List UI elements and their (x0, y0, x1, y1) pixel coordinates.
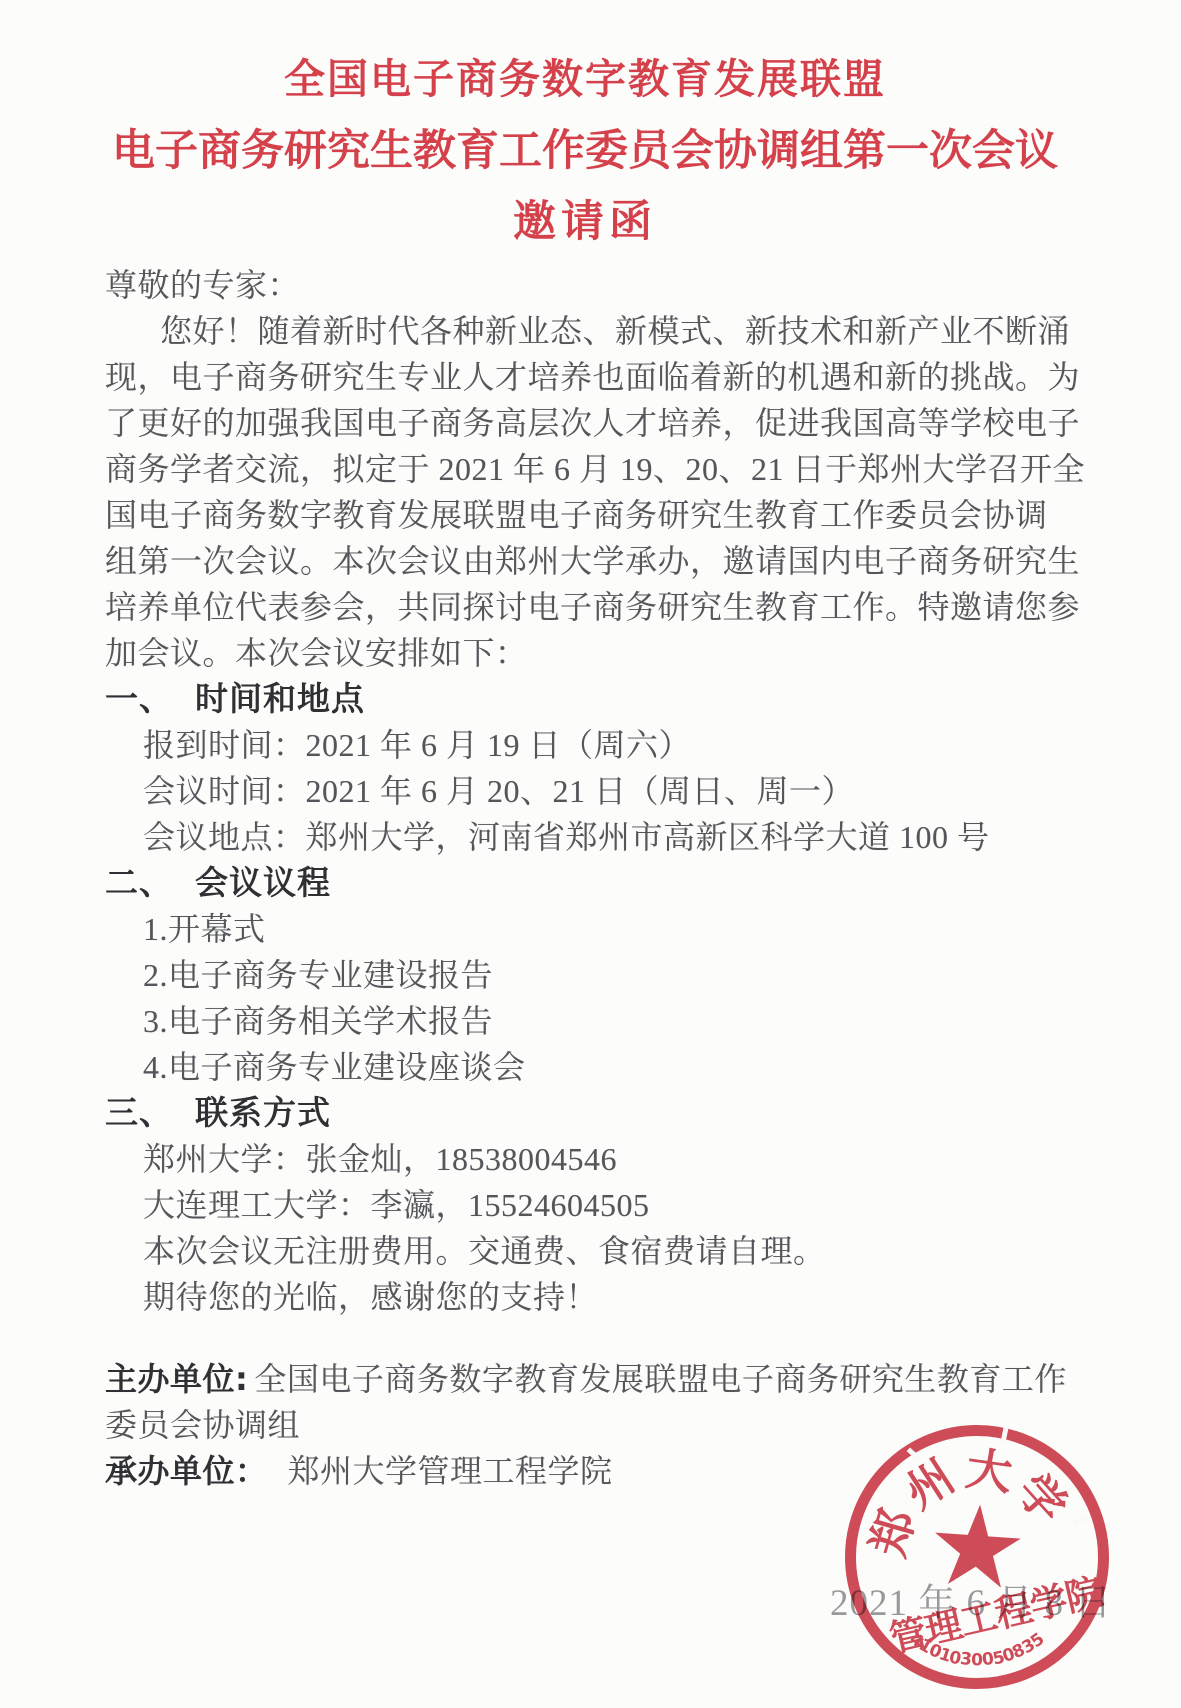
agenda-item-2: 2.电子商务专业建设报告 (105, 952, 1065, 998)
university-seal: ★ 郑州大学 管理工程学院 4101030050835 (845, 1425, 1109, 1689)
organizer-line-1: 主办单位:全国电子商务数字教育发展联盟电子商务研究生教育工作 (105, 1356, 1065, 1402)
section-title: 会议议程 (195, 863, 331, 902)
section-heading-agenda: 二、会议议程 (105, 860, 1065, 906)
intro-line-2: 现，电子商务研究生专业人才培养也面临着新的机遇和新的挑战。为 (105, 354, 1065, 400)
contact-item-fees: 本次会议无注册费用。交通费、食宿费请自理。 (105, 1228, 1065, 1274)
section-number: 二、 (105, 863, 173, 902)
intro-line-4: 商务学者交流，拟定于 2021 年 6 月 19、20、21 日于郑州大学召开全 (105, 446, 1065, 492)
title-line-1: 全国电子商务数字教育发展联盟 (105, 55, 1065, 103)
intro-line-6: 组第一次会议。本次会议由郑州大学承办，邀请国内电子商务研究生 (105, 538, 1065, 584)
section-heading-contact: 三、联系方式 (105, 1090, 1065, 1136)
section-title: 时间和地点 (195, 679, 365, 718)
contact-item-closing: 期待您的光临，感谢您的支持！ (105, 1274, 1065, 1320)
intro-line-5: 国电子商务数字教育发展联盟电子商务研究生教育工作委员会协调 (105, 492, 1065, 538)
intro-line-8: 加会议。本次会议安排如下： (105, 630, 1065, 676)
section-item-meeting-time: 会议时间：2021 年 6 月 20、21 日（周日、周一） (105, 768, 1065, 814)
section-number: 一、 (105, 679, 173, 718)
agenda-item-1: 1.开幕式 (105, 906, 1065, 952)
seal-arc-char: 大 (963, 1446, 1015, 1498)
title-line-3: 邀请函 (105, 198, 1065, 246)
section-title: 联系方式 (195, 1093, 331, 1132)
intro-line-3: 了更好的加强我国电子商务高层次人才培养，促进我国高等学校电子 (105, 400, 1065, 446)
scanned-invitation-letter: 全国电子商务数字教育发展联盟 电子商务研究生教育工作委员会协调组第一次会议 邀请… (0, 0, 1181, 1708)
undertaker-label: 承办单位： (105, 1452, 268, 1490)
intro-line-7: 培养单位代表参会，共同探讨电子商务研究生教育工作。特邀请您参 (105, 584, 1065, 630)
agenda-item-4: 4.电子商务专业建设座谈会 (105, 1044, 1065, 1090)
contact-item-dlut: 大连理工大学：李瀛，15524604505 (105, 1182, 1065, 1228)
agenda-item-3: 3.电子商务相关学术报告 (105, 998, 1065, 1044)
undertaker-text: 郑州大学管理工程学院 (288, 1453, 613, 1489)
section-item-meeting-place: 会议地点：郑州大学，河南省郑州市高新区科学大道 100 号 (105, 814, 1065, 860)
section-number: 三、 (105, 1093, 173, 1132)
organizer-text: 全国电子商务数字教育发展联盟电子商务研究生教育工作 (254, 1361, 1067, 1397)
intro-line-1: 您好！随着新时代各种新业态、新模式、新技术和新产业不断涌 (105, 308, 1065, 354)
organizer-label: 主办单位: (105, 1360, 248, 1398)
section-item-checkin-time: 报到时间：2021 年 6 月 19 日（周六） (105, 722, 1065, 768)
contact-item-zzu: 郑州大学：张金灿，18538004546 (105, 1136, 1065, 1182)
letter-content: 全国电子商务数字教育发展联盟 电子商务研究生教育工作委员会协调组第一次会议 邀请… (105, 40, 1065, 1494)
section-heading-time-place: 一、时间和地点 (105, 676, 1065, 722)
salutation: 尊敬的专家： (105, 262, 1065, 308)
title-line-2: 电子商务研究生教育工作委员会协调组第一次会议 (105, 127, 1065, 175)
